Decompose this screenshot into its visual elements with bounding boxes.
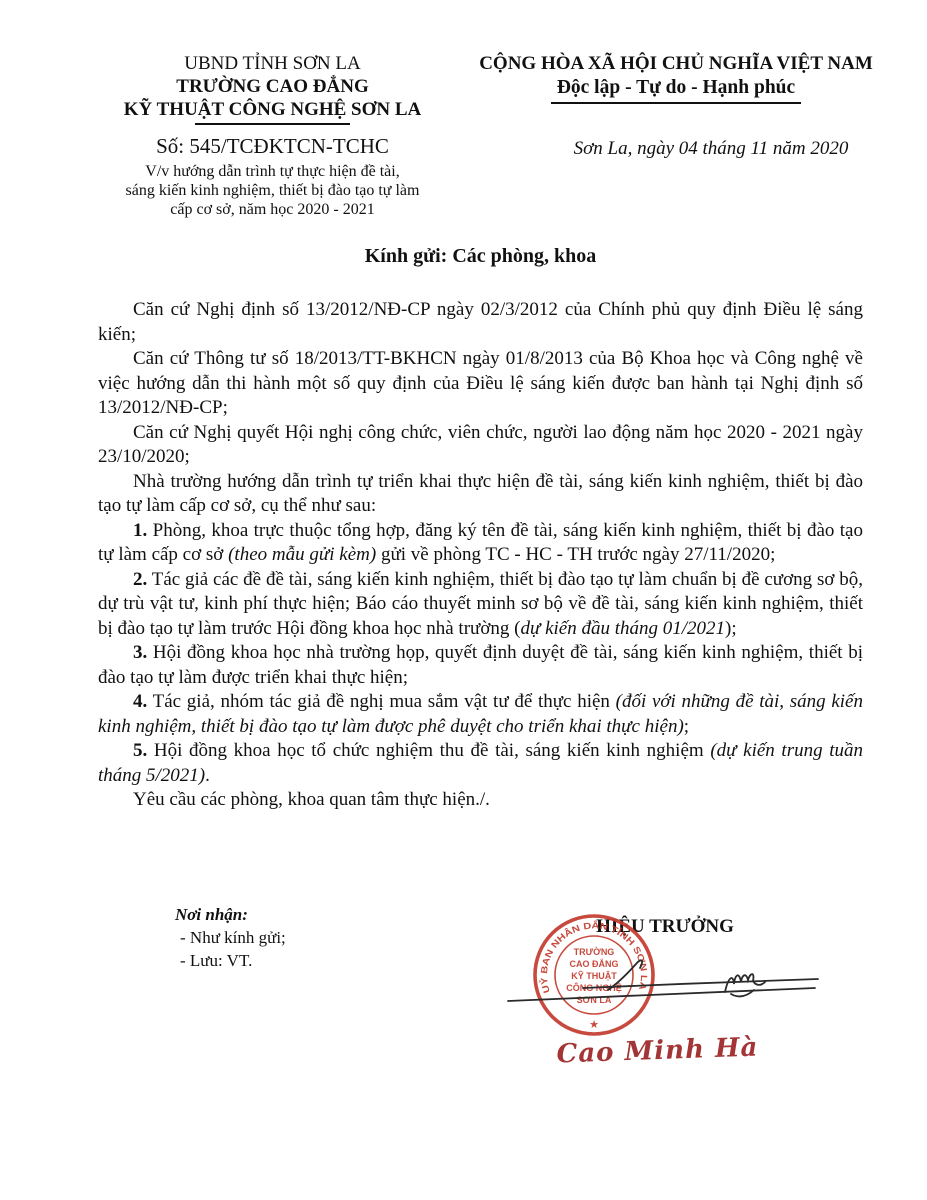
item-3-text: Hội đồng khoa học nhà trường họp, quyết … — [98, 642, 863, 688]
numbered-item-4: 4. Tác giả, nhóm tác giả đề nghị mua sắm… — [98, 690, 863, 739]
document-subject: V/v hướng dẫn trình tự thực hiện đề tài,… — [65, 162, 480, 219]
signer-name: Cao Minh Hà — [545, 1032, 771, 1070]
recipients-label: Nơi nhận: — [175, 903, 286, 926]
numbered-item-1: 1. Phòng, khoa trực thuộc tổng hợp, đăng… — [98, 519, 863, 568]
official-document-page: UBND TỈNH SƠN LA TRƯỜNG CAO ĐẲNG KỸ THUẬ… — [0, 0, 927, 1200]
item-5-text-end: . — [205, 765, 210, 786]
signature-long-stroke — [508, 988, 815, 1001]
subject-line-3: cấp cơ sở, năm học 2020 - 2021 — [65, 200, 480, 219]
subject-line-1: V/v hướng dẫn trình tự thực hiện đề tài, — [65, 162, 480, 181]
salutation: Kính gửi: Các phòng, khoa — [98, 245, 863, 268]
national-motto: Độc lập - Tự do - Hạnh phúc — [458, 76, 894, 100]
item-4-text: Tác giả, nhóm tác giả đề nghị mua sắm vậ… — [147, 691, 615, 712]
recipient-item-2: - Lưu: VT. — [175, 949, 286, 972]
citation-paragraph-1: Căn cứ Nghị định số 13/2012/NĐ-CP ngày 0… — [98, 298, 863, 347]
item-1-number: 1. — [133, 520, 147, 541]
signature-squiggle — [725, 974, 765, 992]
item-3-number: 3. — [133, 642, 147, 663]
parent-org-name: UBND TỈNH SƠN LA — [65, 52, 480, 75]
recipient-item-1: - Như kính gửi; — [175, 926, 286, 949]
item-4-number: 4. — [133, 691, 147, 712]
item-4-text-end: ; — [684, 716, 689, 737]
national-title: CỘNG HÒA XÃ HỘI CHỦ NGHĨA VIỆT NAM — [458, 52, 894, 76]
item-2-number: 2. — [133, 569, 147, 590]
item-2-text: Tác giả các đề đề tài, sáng kiến kinh ng… — [98, 569, 863, 639]
document-body: Kính gửi: Các phòng, khoa Căn cứ Nghị đị… — [98, 245, 863, 813]
item-5-number: 5. — [133, 740, 147, 761]
org-name-underline — [195, 123, 350, 125]
numbered-item-3: 3. Hội đồng khoa học nhà trường họp, quy… — [98, 641, 863, 690]
citation-paragraph-3: Căn cứ Nghị quyết Hội nghị công chức, vi… — [98, 421, 863, 470]
school-name-line1: TRƯỜNG CAO ĐẲNG — [65, 75, 480, 98]
place-date-line: Sơn La, ngày 04 tháng 11 năm 2020 — [528, 138, 894, 160]
item-2-text-end: ); — [725, 618, 737, 639]
closing-paragraph: Yêu cầu các phòng, khoa quan tâm thực hi… — [98, 788, 863, 813]
document-number: Số: 545/TCĐKTCN-TCHC — [65, 133, 480, 159]
motto-underline — [551, 102, 801, 104]
subject-line-2: sáng kiến kinh nghiệm, thiết bị đào tạo … — [65, 181, 480, 200]
school-name-line2: KỸ THUẬT CÔNG NGHỆ SƠN LA — [65, 98, 480, 121]
signature-upper-stroke — [583, 979, 818, 988]
citation-paragraph-2: Căn cứ Thông tư số 18/2013/TT-BKHCN ngày… — [98, 347, 863, 421]
item-1-text-end: gửi về phòng TC - HC - TH trước ngày 27/… — [376, 544, 775, 565]
numbered-item-2: 2. Tác giả các đề đề tài, sáng kiến kinh… — [98, 568, 863, 642]
handwritten-signature — [478, 928, 838, 1018]
item-5-text: Hội đồng khoa học tổ chức nghiệm thu đề … — [147, 740, 710, 761]
intro-paragraph: Nhà trường hướng dẫn trình tự triển khai… — [98, 470, 863, 519]
stamp-star-icon: ★ — [589, 1019, 599, 1031]
item-2-note: dự kiến đầu tháng 01/2021 — [520, 618, 725, 639]
item-1-note: (theo mẫu gửi kèm) — [228, 544, 376, 565]
numbered-item-5: 5. Hội đồng khoa học tổ chức nghiệm thu … — [98, 739, 863, 788]
national-header-block: CỘNG HÒA XÃ HỘI CHỦ NGHĨA VIỆT NAM Độc l… — [458, 52, 894, 160]
recipients-block: Nơi nhận: - Như kính gửi; - Lưu: VT. — [175, 903, 286, 972]
issuing-org-block: UBND TỈNH SƠN LA TRƯỜNG CAO ĐẲNG KỸ THUẬ… — [65, 52, 480, 219]
